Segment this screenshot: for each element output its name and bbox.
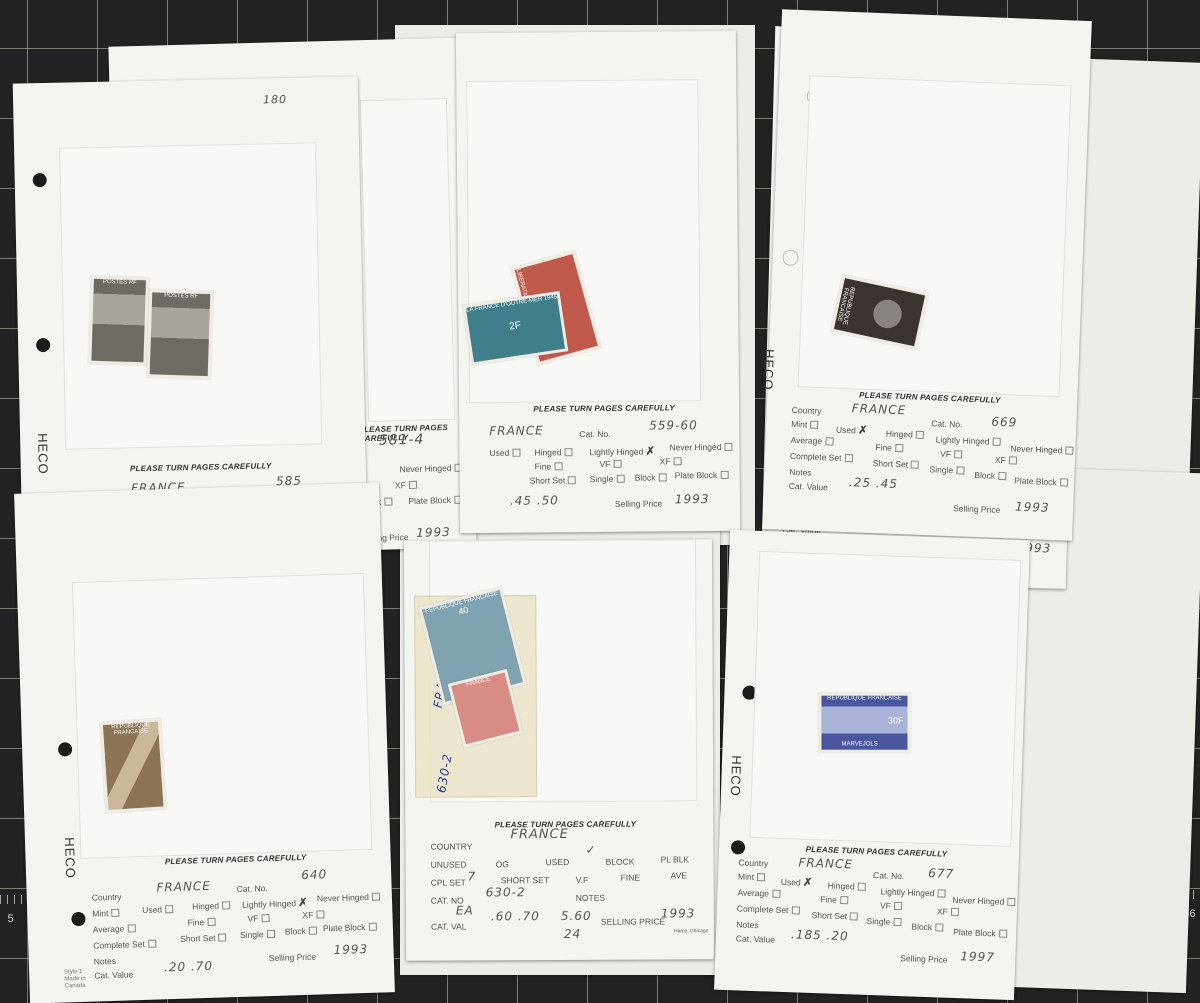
- plate-block-checkbox[interactable]: Plate Block: [323, 922, 377, 934]
- cat-no-label: Cat. No.: [931, 418, 963, 429]
- complete-set-checkbox[interactable]: Complete Set: [790, 451, 853, 463]
- block-field[interactable]: BLOCK: [606, 857, 635, 867]
- country-value: FRANCE: [852, 401, 907, 417]
- lightly-hinged-checkbox[interactable]: Lightly Hinged ✗: [589, 445, 655, 459]
- stamp-value: 30F: [888, 716, 904, 726]
- cat-value-label: Cat. Value: [736, 933, 775, 944]
- stamp-image: REPUBLIQUE FRANCAISE 30F MARVEJOLS: [821, 696, 907, 750]
- short-set-field[interactable]: SHORT SET: [501, 875, 549, 885]
- cat-no-label: Cat. No.: [579, 429, 610, 439]
- complete-set-checkbox[interactable]: Complete Set: [93, 939, 156, 951]
- style-tag: Style 1 Made in Canada: [64, 969, 89, 991]
- album-page-form-alt: PLEASE TURN PAGES CAREFULLY FRANCE COUNT…: [425, 819, 706, 939]
- binder-hole: [71, 912, 85, 926]
- plate-block-checkbox[interactable]: Plate Block: [1014, 476, 1068, 488]
- stamp-text: REPUBLIQUE FRANCAISE: [821, 696, 907, 702]
- stamp-monument[interactable]: REPUBLIQUE FRANCAISE: [100, 718, 167, 813]
- stamp-window: [798, 75, 1072, 397]
- glassine-number: 630-2: [434, 752, 455, 794]
- country-value: FRANCE: [510, 827, 568, 842]
- average-checkbox[interactable]: Average: [93, 923, 136, 934]
- selling-price-value: 1993: [416, 525, 451, 540]
- plate-block-checkbox[interactable]: Plate Block: [408, 495, 462, 506]
- vf-checkbox[interactable]: VF: [880, 900, 902, 911]
- never-hinged-checkbox[interactable]: Never Hinged: [952, 895, 1015, 907]
- cat-val-label: CAT. VAL: [431, 921, 467, 931]
- single-checkbox[interactable]: Single: [866, 916, 901, 927]
- short-set-checkbox[interactable]: Short Set: [873, 458, 920, 470]
- xf-checkbox[interactable]: XF: [395, 480, 417, 491]
- country-value: FRANCE: [156, 879, 211, 895]
- cat-value: .25 .45: [849, 475, 898, 491]
- selling-price-label: Selling Price: [900, 953, 948, 965]
- lightly-hinged-checkbox[interactable]: Lightly Hinged ✗: [242, 896, 308, 911]
- stamp-text: REPUBLIQUE FRANCAISE: [103, 722, 159, 738]
- single-checkbox[interactable]: Single: [240, 929, 275, 940]
- stamp-window: [72, 573, 373, 859]
- selling-price-value: 1997: [960, 949, 995, 964]
- stamp-caption: MARVEJOLS: [841, 742, 877, 748]
- stamp-image: LA FRANCE D'OUTRE-MER 1945 2F: [466, 294, 565, 362]
- used-label: Used: [781, 877, 801, 888]
- block-checkbox[interactable]: Block: [911, 921, 943, 932]
- pencil-note: 180: [263, 93, 287, 106]
- short-set-checkbox[interactable]: Short Set: [812, 910, 859, 922]
- cat-value-label: Cat. Value: [789, 481, 828, 492]
- lightly-hinged-checkbox[interactable]: Lightly Hinged: [936, 434, 1001, 446]
- check-mark: ✗: [298, 897, 308, 909]
- country-label: Country: [792, 405, 822, 416]
- stamp-image: POSTES RF: [91, 279, 146, 363]
- used-checkbox[interactable]: Used: [489, 448, 520, 458]
- binder-hole: [36, 338, 50, 352]
- block-checkbox[interactable]: Block: [635, 472, 667, 482]
- album-page-form: PLEASE TURN PAGES CAREFULLY Country FRAN…: [86, 850, 390, 978]
- short-set-checkbox[interactable]: Short Set: [180, 932, 227, 943]
- xf-checkbox[interactable]: XF: [660, 456, 682, 466]
- selling-price-label: SELLING PRICE: [601, 916, 665, 926]
- cat-no-value: 559-60: [649, 418, 698, 432]
- hinged-checkbox[interactable]: Hinged: [828, 881, 866, 892]
- hinged-checkbox[interactable]: Hinged: [192, 900, 230, 911]
- unused-field[interactable]: UNUSED: [431, 859, 467, 869]
- stamp-window: [360, 98, 455, 422]
- album-page-630-2[interactable]: FRANCE 630-2 REPUBLIQUE FRANCAISE 40 FRA…: [404, 539, 714, 961]
- stamp-auguste-pavie[interactable]: POSTES RF: [147, 289, 214, 379]
- lightly-hinged-label: Lightly Hinged: [589, 447, 643, 457]
- binder-hole: [33, 173, 47, 187]
- country-label: Country: [92, 892, 122, 903]
- stamp-image: POSTES RF: [150, 292, 211, 376]
- album-page-559-60[interactable]: LIBERATION LA FRANCE D'OUTRE-MER 1945 2F…: [456, 31, 740, 533]
- selling-price-value: 1993: [1015, 500, 1050, 515]
- cat-no-value: 640: [301, 867, 327, 882]
- xf-checkbox[interactable]: XF: [995, 455, 1017, 466]
- country-label: COUNTRY: [430, 841, 472, 851]
- fine-checkbox[interactable]: Fine: [535, 461, 563, 471]
- og-field[interactable]: OG: [496, 859, 509, 869]
- heco-brand: HECO: [62, 837, 78, 879]
- used-label: Used: [836, 425, 856, 436]
- heco-brand: HECO: [728, 755, 744, 797]
- album-page-669[interactable]: HECO REPUBLIQUE FRANCAISE PLEASE TURN PA…: [762, 9, 1092, 541]
- cat-no-value: 630-2: [486, 885, 526, 899]
- country-value: FRANCE: [798, 856, 853, 872]
- lightly-hinged-checkbox[interactable]: Lightly Hinged: [880, 886, 945, 898]
- stamp-text: POSTES RF: [152, 292, 210, 300]
- cat-val-sub: 24: [564, 927, 581, 941]
- heco-brand: HECO: [760, 349, 777, 391]
- notes-label: Notes: [736, 919, 759, 930]
- vf-checkbox[interactable]: VF: [940, 449, 962, 460]
- album-page-form: PLEASE TURN PAGES CAREFULLY 581-4 Never …: [358, 422, 473, 443]
- used-checkbox[interactable]: Used ✗: [836, 423, 868, 437]
- album-page-677[interactable]: HECO REPUBLIQUE FRANCAISE 30F MARVEJOLS …: [714, 530, 1030, 1000]
- block-checkbox[interactable]: Block: [974, 470, 1006, 481]
- average-checkbox[interactable]: Average: [737, 887, 780, 898]
- cat-value: .185 .20: [791, 927, 849, 943]
- cat-no-label: Cat. No.: [873, 870, 905, 881]
- cat-no-value: 581-4: [379, 432, 425, 449]
- check-mark: ✗: [803, 877, 813, 889]
- fine-field[interactable]: FINE: [621, 873, 640, 883]
- xf-checkbox[interactable]: XF: [302, 909, 324, 920]
- single-checkbox[interactable]: Single: [590, 474, 625, 484]
- cat-value: .45 .50: [510, 493, 559, 507]
- stamp-text: POSTES RF: [94, 279, 146, 287]
- average-checkbox[interactable]: Average: [790, 435, 833, 447]
- check-mark: ✗: [858, 424, 868, 436]
- vf-field[interactable]: V.F: [576, 875, 589, 885]
- hinged-checkbox[interactable]: Hinged: [534, 447, 572, 457]
- never-hinged-checkbox[interactable]: Never Hinged: [1010, 443, 1073, 455]
- lightly-hinged-label: Lightly Hinged: [242, 898, 296, 910]
- plate-block-checkbox[interactable]: Plate Block: [675, 470, 729, 480]
- stamp-value: 2F: [469, 314, 562, 338]
- album-page-form: PLEASE TURN PAGES CAREFULLY Country FRAN…: [730, 842, 1019, 971]
- selling-price-value: 1993: [661, 906, 696, 920]
- stamp-image: FRANCE: [451, 673, 519, 745]
- album-page-form: PLEASE TURN PAGES CAREFULLY Country FRAN…: [783, 388, 1072, 518]
- plate-block-checkbox[interactable]: Plate Block: [953, 927, 1007, 939]
- selling-price-label: Selling Price: [269, 952, 317, 963]
- used-field[interactable]: USED: [546, 857, 570, 867]
- fine-checkbox[interactable]: Fine: [875, 442, 903, 453]
- ruler-tick: 5: [0, 913, 21, 925]
- stamp-marvejols[interactable]: REPUBLIQUE FRANCAISE 30F MARVEJOLS: [818, 693, 910, 753]
- cpl-set-value: 7: [468, 869, 477, 883]
- hinged-checkbox[interactable]: Hinged: [886, 429, 924, 440]
- pl-blk-field[interactable]: PL BLK: [661, 854, 690, 864]
- mint-checkbox[interactable]: Mint: [92, 908, 119, 919]
- used-check: ✓: [585, 843, 596, 857]
- binder-hole-ring: [782, 249, 799, 266]
- imprint: Harco, Chicago: [674, 928, 708, 934]
- vf-checkbox[interactable]: VF: [600, 459, 622, 469]
- cpl-set-field[interactable]: CPL SET: [431, 877, 466, 887]
- single-checkbox[interactable]: Single: [929, 464, 964, 475]
- cat-value-label: Cat. Value: [94, 969, 133, 980]
- notes-label: Notes: [94, 956, 117, 967]
- selling-price-value: 1993: [333, 942, 368, 957]
- selling-price-label: Selling Price: [953, 503, 1001, 515]
- used-checkbox[interactable]: Used ✗: [781, 875, 813, 889]
- selling-price-value: 1993: [675, 492, 710, 506]
- fine-checkbox[interactable]: Fine: [187, 917, 215, 928]
- never-hinged-checkbox[interactable]: Never Hinged: [669, 442, 732, 453]
- short-set-checkbox[interactable]: Short Set: [530, 475, 577, 485]
- fine-checkbox[interactable]: Fine: [820, 894, 848, 905]
- complete-set-checkbox[interactable]: Complete Set: [737, 903, 800, 915]
- block-checkbox[interactable]: Block: [285, 926, 317, 937]
- vf-checkbox[interactable]: VF: [247, 913, 269, 924]
- mint-checkbox[interactable]: Mint: [738, 871, 765, 882]
- stamp-auguste-pavie[interactable]: POSTES RF: [88, 276, 149, 366]
- selling-price-label: Selling Price: [615, 498, 662, 508]
- cat-val-value: .60 .70: [491, 909, 540, 923]
- country-value: FRANCE: [489, 423, 544, 437]
- country-label: Country: [738, 857, 768, 868]
- never-hinged-checkbox[interactable]: Never Hinged: [317, 892, 380, 904]
- notes-label: Notes: [789, 467, 812, 478]
- never-hinged-checkbox[interactable]: Never Hinged: [399, 463, 462, 475]
- stamp-image: REPUBLIQUE FRANCAISE: [103, 722, 164, 810]
- ave-field[interactable]: AVE: [671, 870, 687, 880]
- cat-no-value: 677: [928, 866, 954, 881]
- cat-val-extra: 5.60: [561, 909, 592, 923]
- album-page-640[interactable]: HECO REPUBLIQUE FRANCAISE PLEASE TURN PA…: [14, 482, 395, 1003]
- album-page-form: PLEASE TURN PAGES CAREFULLY FRANCE Cat. …: [479, 403, 730, 514]
- cat-no-label: Cat. No.: [236, 883, 267, 894]
- check-mark: ✗: [646, 446, 655, 458]
- notes-label: NOTES: [576, 893, 605, 903]
- used-checkbox[interactable]: Used: [142, 904, 173, 915]
- cat-value: .20 .70: [164, 959, 213, 975]
- cat-no-value: 669: [991, 415, 1017, 430]
- cat-val-prefix: EA: [456, 903, 474, 917]
- mint-checkbox[interactable]: Mint: [791, 419, 818, 430]
- binder-hole: [58, 742, 72, 756]
- xf-checkbox[interactable]: XF: [937, 906, 959, 917]
